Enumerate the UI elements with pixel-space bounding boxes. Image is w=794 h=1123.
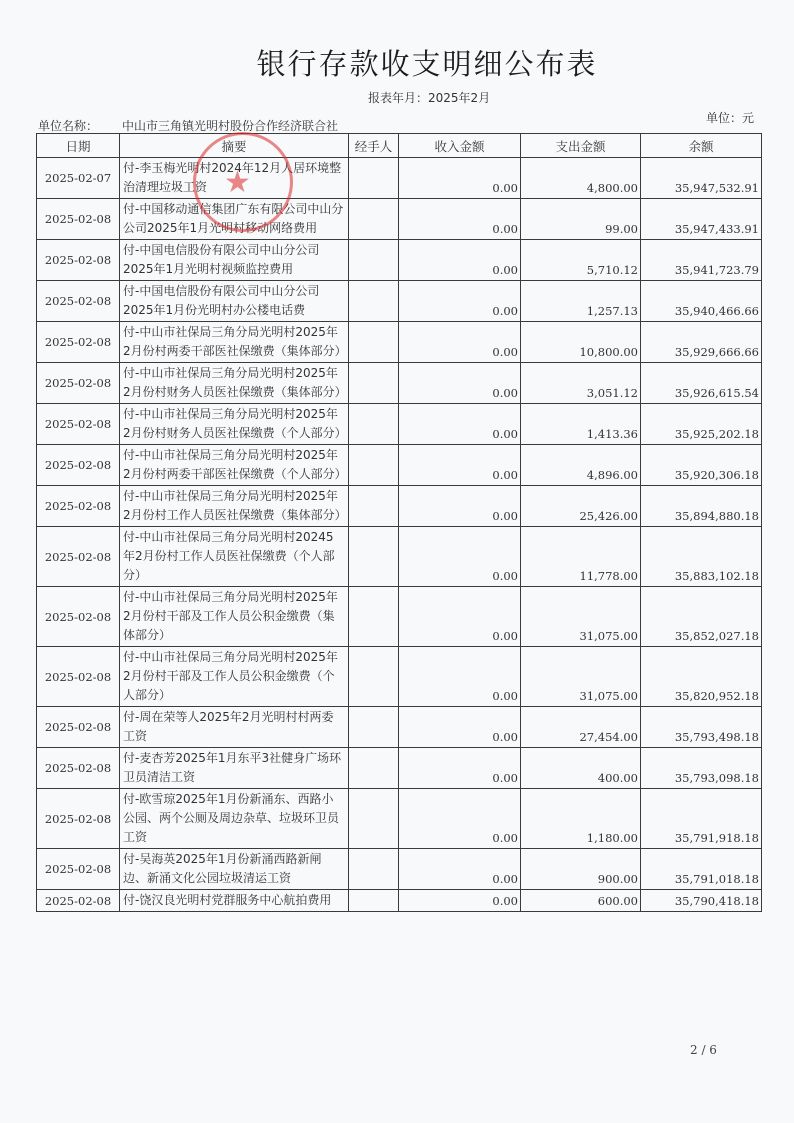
- header-handler: 经手人: [349, 134, 399, 158]
- handler-cell: [349, 647, 399, 707]
- document-title: 银行存款收支明细公布表: [0, 42, 794, 83]
- table-row: 2025-02-08付-中山市社保局三角分局光明村2025年2月份村干部及工作人…: [37, 647, 762, 707]
- summary-cell: 付-饶汉良光明村党群服务中心航拍费用: [120, 890, 349, 912]
- table-row: 2025-02-08付-中山市社保局三角分局光明村2025年2月份村财务人员医社…: [37, 363, 762, 404]
- date-cell: 2025-02-08: [37, 789, 120, 849]
- date-cell: 2025-02-08: [37, 748, 120, 789]
- summary-cell: 付-欧雪琼2025年1月份新涌东、西路小公园、两个公厕及周边杂草、垃圾环卫员工资: [120, 789, 349, 849]
- balance-cell: 35,791,018.18: [641, 849, 762, 890]
- expense-cell: 3,051.12: [521, 363, 641, 404]
- handler-cell: [349, 240, 399, 281]
- table-row: 2025-02-08付-中山市社保局三角分局光明村2025年2月份村财务人员医社…: [37, 404, 762, 445]
- org-label: 单位名称：: [38, 119, 98, 133]
- table-row: 2025-02-08付-中国电信股份有限公司中山分公司2025年1月份光明村办公…: [37, 281, 762, 322]
- summary-cell: 付-中山市社保局三角分局光明村20245年2月份村工作人员医社保缴费（个人部分）: [120, 527, 349, 587]
- header-income: 收入金额: [399, 134, 521, 158]
- summary-cell: 付-中山市社保局三角分局光明村2025年2月份村财务人员医社保缴费（个人部分）: [120, 404, 349, 445]
- date-cell: 2025-02-08: [37, 363, 120, 404]
- table-row: 2025-02-08付-中山市社保局三角分局光明村2025年2月份村两委干部医社…: [37, 445, 762, 486]
- handler-cell: [349, 363, 399, 404]
- expense-cell: 25,426.00: [521, 486, 641, 527]
- report-period: 报表年月：2025年2月: [368, 89, 490, 106]
- income-cell: 0.00: [399, 445, 521, 486]
- expense-cell: 4,800.00: [521, 158, 641, 199]
- date-cell: 2025-02-08: [37, 404, 120, 445]
- handler-cell: [349, 527, 399, 587]
- header-balance: 余额: [641, 134, 762, 158]
- date-cell: 2025-02-08: [37, 240, 120, 281]
- date-cell: 2025-02-08: [37, 707, 120, 748]
- date-cell: 2025-02-08: [37, 322, 120, 363]
- balance-cell: 35,793,498.18: [641, 707, 762, 748]
- handler-cell: [349, 281, 399, 322]
- org-name: 中山市三角镇光明村股份合作经济联合社: [122, 119, 338, 133]
- date-cell: 2025-02-08: [37, 890, 120, 912]
- handler-cell: [349, 158, 399, 199]
- expense-cell: 99.00: [521, 199, 641, 240]
- balance-cell: 35,929,666.66: [641, 322, 762, 363]
- handler-cell: [349, 199, 399, 240]
- organization-row: 单位名称：中山市三角镇光明村股份合作经济联合社: [38, 117, 338, 134]
- income-cell: 0.00: [399, 281, 521, 322]
- header-date: 日期: [37, 134, 120, 158]
- date-cell: 2025-02-08: [37, 199, 120, 240]
- balance-cell: 35,791,918.18: [641, 789, 762, 849]
- income-cell: 0.00: [399, 587, 521, 647]
- expense-cell: 1,180.00: [521, 789, 641, 849]
- date-cell: 2025-02-08: [37, 281, 120, 322]
- period-label: 报表年月：: [368, 91, 428, 105]
- handler-cell: [349, 445, 399, 486]
- date-cell: 2025-02-08: [37, 849, 120, 890]
- income-cell: 0.00: [399, 486, 521, 527]
- expense-cell: 27,454.00: [521, 707, 641, 748]
- header-expense: 支出金额: [521, 134, 641, 158]
- income-cell: 0.00: [399, 890, 521, 912]
- bank-statement-table: 日期 摘要 经手人 收入金额 支出金额 余额 2025-02-07付-李玉梅光明…: [36, 133, 762, 912]
- date-cell: 2025-02-08: [37, 445, 120, 486]
- summary-cell: 付-中国电信股份有限公司中山分公司2025年1月份光明村办公楼电话费: [120, 281, 349, 322]
- table-row: 2025-02-08付-中国移动通信集团广东有限公司中山分公司2025年1月光明…: [37, 199, 762, 240]
- date-cell: 2025-02-08: [37, 486, 120, 527]
- handler-cell: [349, 748, 399, 789]
- summary-cell: 付-中山市社保局三角分局光明村2025年2月份村两委干部医社保缴费（集体部分）: [120, 322, 349, 363]
- income-cell: 0.00: [399, 707, 521, 748]
- table-row: 2025-02-08付-饶汉良光明村党群服务中心航拍费用0.00600.0035…: [37, 890, 762, 912]
- currency-unit: 单位：元: [706, 109, 754, 126]
- balance-cell: 35,790,418.18: [641, 890, 762, 912]
- balance-cell: 35,947,433.91: [641, 199, 762, 240]
- table-row: 2025-02-08付-中国电信股份有限公司中山分公司2025年1月光明村视频监…: [37, 240, 762, 281]
- table-row: 2025-02-08付-中山市社保局三角分局光明村2025年2月份村干部及工作人…: [37, 587, 762, 647]
- period-value: 2025年2月: [428, 91, 490, 105]
- table-row: 2025-02-08付-欧雪琼2025年1月份新涌东、西路小公园、两个公厕及周边…: [37, 789, 762, 849]
- expense-cell: 11,778.00: [521, 527, 641, 587]
- income-cell: 0.00: [399, 748, 521, 789]
- summary-cell: 付-中山市社保局三角分局光明村2025年2月份村财务人员医社保缴费（集体部分）: [120, 363, 349, 404]
- handler-cell: [349, 789, 399, 849]
- date-cell: 2025-02-08: [37, 527, 120, 587]
- expense-cell: 600.00: [521, 890, 641, 912]
- date-cell: 2025-02-08: [37, 587, 120, 647]
- header-summary: 摘要: [120, 134, 349, 158]
- expense-cell: 4,896.00: [521, 445, 641, 486]
- summary-cell: 付-周在荣等人2025年2月光明村村两委工资: [120, 707, 349, 748]
- handler-cell: [349, 707, 399, 748]
- balance-cell: 35,947,532.91: [641, 158, 762, 199]
- income-cell: 0.00: [399, 322, 521, 363]
- balance-cell: 35,883,102.18: [641, 527, 762, 587]
- summary-cell: 付-麦杏芳2025年1月东平3社健身广场环卫员清洁工资: [120, 748, 349, 789]
- summary-cell: 付-中山市社保局三角分局光明村2025年2月份村干部及工作人员公积金缴费（个人部…: [120, 647, 349, 707]
- income-cell: 0.00: [399, 849, 521, 890]
- balance-cell: 35,940,466.66: [641, 281, 762, 322]
- income-cell: 0.00: [399, 199, 521, 240]
- balance-cell: 35,820,952.18: [641, 647, 762, 707]
- income-cell: 0.00: [399, 527, 521, 587]
- summary-cell: 付-中山市社保局三角分局光明村2025年2月份村干部及工作人员公积金缴费（集体部…: [120, 587, 349, 647]
- expense-cell: 31,075.00: [521, 647, 641, 707]
- income-cell: 0.00: [399, 404, 521, 445]
- summary-cell: 付-中山市社保局三角分局光明村2025年2月份村工作人员医社保缴费（集体部分）: [120, 486, 349, 527]
- handler-cell: [349, 890, 399, 912]
- income-cell: 0.00: [399, 789, 521, 849]
- page-number: 2 / 6: [690, 1043, 717, 1057]
- date-cell: 2025-02-07: [37, 158, 120, 199]
- table-row: 2025-02-08付-麦杏芳2025年1月东平3社健身广场环卫员清洁工资0.0…: [37, 748, 762, 789]
- income-cell: 0.00: [399, 240, 521, 281]
- expense-cell: 5,710.12: [521, 240, 641, 281]
- balance-cell: 35,925,202.18: [641, 404, 762, 445]
- expense-cell: 1,257.13: [521, 281, 641, 322]
- balance-cell: 35,941,723.79: [641, 240, 762, 281]
- income-cell: 0.00: [399, 158, 521, 199]
- table-row: 2025-02-08付-吴海英2025年1月份新涌西路新闸边、新涌文化公园垃圾清…: [37, 849, 762, 890]
- balance-cell: 35,793,098.18: [641, 748, 762, 789]
- summary-cell: 付-李玉梅光明村2024年12月人居环境整治清理垃圾工资: [120, 158, 349, 199]
- balance-cell: 35,894,880.18: [641, 486, 762, 527]
- expense-cell: 1,413.36: [521, 404, 641, 445]
- table-row: 2025-02-07付-李玉梅光明村2024年12月人居环境整治清理垃圾工资0.…: [37, 158, 762, 199]
- expense-cell: 31,075.00: [521, 587, 641, 647]
- handler-cell: [349, 587, 399, 647]
- expense-cell: 400.00: [521, 748, 641, 789]
- summary-cell: 付-吴海英2025年1月份新涌西路新闸边、新涌文化公园垃圾清运工资: [120, 849, 349, 890]
- summary-cell: 付-中国电信股份有限公司中山分公司2025年1月光明村视频监控费用: [120, 240, 349, 281]
- handler-cell: [349, 849, 399, 890]
- table-row: 2025-02-08付-中山市社保局三角分局光明村2025年2月份村工作人员医社…: [37, 486, 762, 527]
- date-cell: 2025-02-08: [37, 647, 120, 707]
- expense-cell: 900.00: [521, 849, 641, 890]
- balance-cell: 35,920,306.18: [641, 445, 762, 486]
- table-row: 2025-02-08付-周在荣等人2025年2月光明村村两委工资0.0027,4…: [37, 707, 762, 748]
- table-row: 2025-02-08付-中山市社保局三角分局光明村20245年2月份村工作人员医…: [37, 527, 762, 587]
- table-row: 2025-02-08付-中山市社保局三角分局光明村2025年2月份村两委干部医社…: [37, 322, 762, 363]
- handler-cell: [349, 404, 399, 445]
- income-cell: 0.00: [399, 363, 521, 404]
- balance-cell: 35,852,027.18: [641, 587, 762, 647]
- income-cell: 0.00: [399, 647, 521, 707]
- handler-cell: [349, 486, 399, 527]
- summary-cell: 付-中山市社保局三角分局光明村2025年2月份村两委干部医社保缴费（个人部分）: [120, 445, 349, 486]
- summary-cell: 付-中国移动通信集团广东有限公司中山分公司2025年1月光明村移动网络费用: [120, 199, 349, 240]
- expense-cell: 10,800.00: [521, 322, 641, 363]
- table-header-row: 日期 摘要 经手人 收入金额 支出金额 余额: [37, 134, 762, 158]
- handler-cell: [349, 322, 399, 363]
- balance-cell: 35,926,615.54: [641, 363, 762, 404]
